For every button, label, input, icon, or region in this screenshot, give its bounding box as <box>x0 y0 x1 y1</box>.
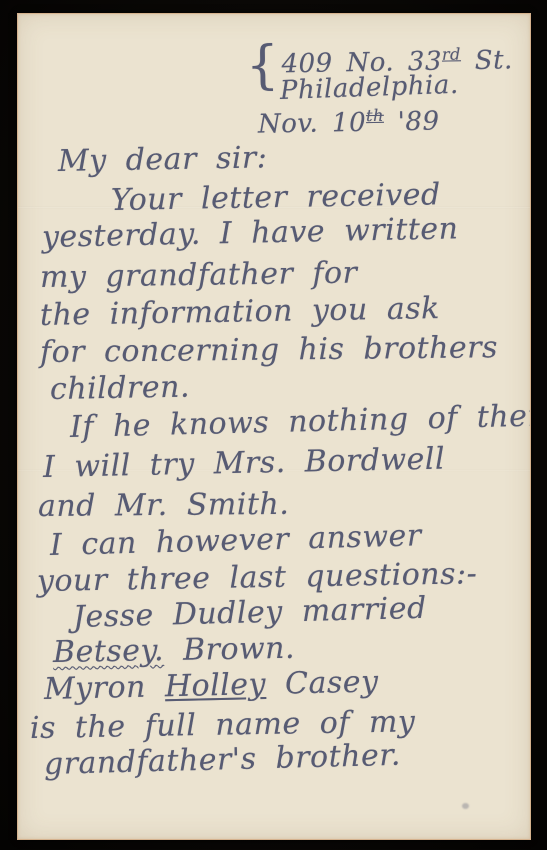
betsey-brown-line: Betsey. Brown. <box>53 631 296 670</box>
body-line-8: I will try Mrs. Bordwell <box>43 442 446 485</box>
brown-text: Brown. <box>164 631 296 668</box>
body-line-2: yesterday. I have written <box>42 211 459 255</box>
date-ordinal: th <box>366 106 384 125</box>
letter-paper: {409 No. 33rd St. Philadelphia. Nov. 10t… <box>17 13 531 840</box>
salutation-line: My dear sir: <box>58 140 268 179</box>
body-line-3: my grandfather for <box>40 256 358 295</box>
body-line-4: the information you ask <box>40 291 440 333</box>
address-ordinal: rd <box>442 45 461 64</box>
body-line-6: children. <box>50 370 191 407</box>
body-line-9: and Mr. Smith. <box>38 487 290 524</box>
date-year: '89 <box>384 106 440 137</box>
address-suffix: St. <box>461 45 513 76</box>
ink-spot <box>462 803 469 809</box>
holley-underlined: Holley <box>165 667 267 704</box>
myron-casey-line: Myron Holley Casey <box>44 664 379 707</box>
brace-mark: { <box>245 35 280 96</box>
date-text: Nov. 10 <box>258 108 367 140</box>
betsey-underlined: Betsey. <box>53 633 165 670</box>
body-line-10: I can however answer <box>50 518 422 563</box>
city-line: Philadelphia. <box>279 70 459 106</box>
photo-background: {409 No. 33rd St. Philadelphia. Nov. 10t… <box>0 0 547 850</box>
myron-text: Myron <box>44 669 166 707</box>
date-line: Nov. 10th '89 <box>258 105 440 140</box>
casey-text: Casey <box>266 664 379 702</box>
body-line-5: for concerning his brothers <box>40 330 498 370</box>
